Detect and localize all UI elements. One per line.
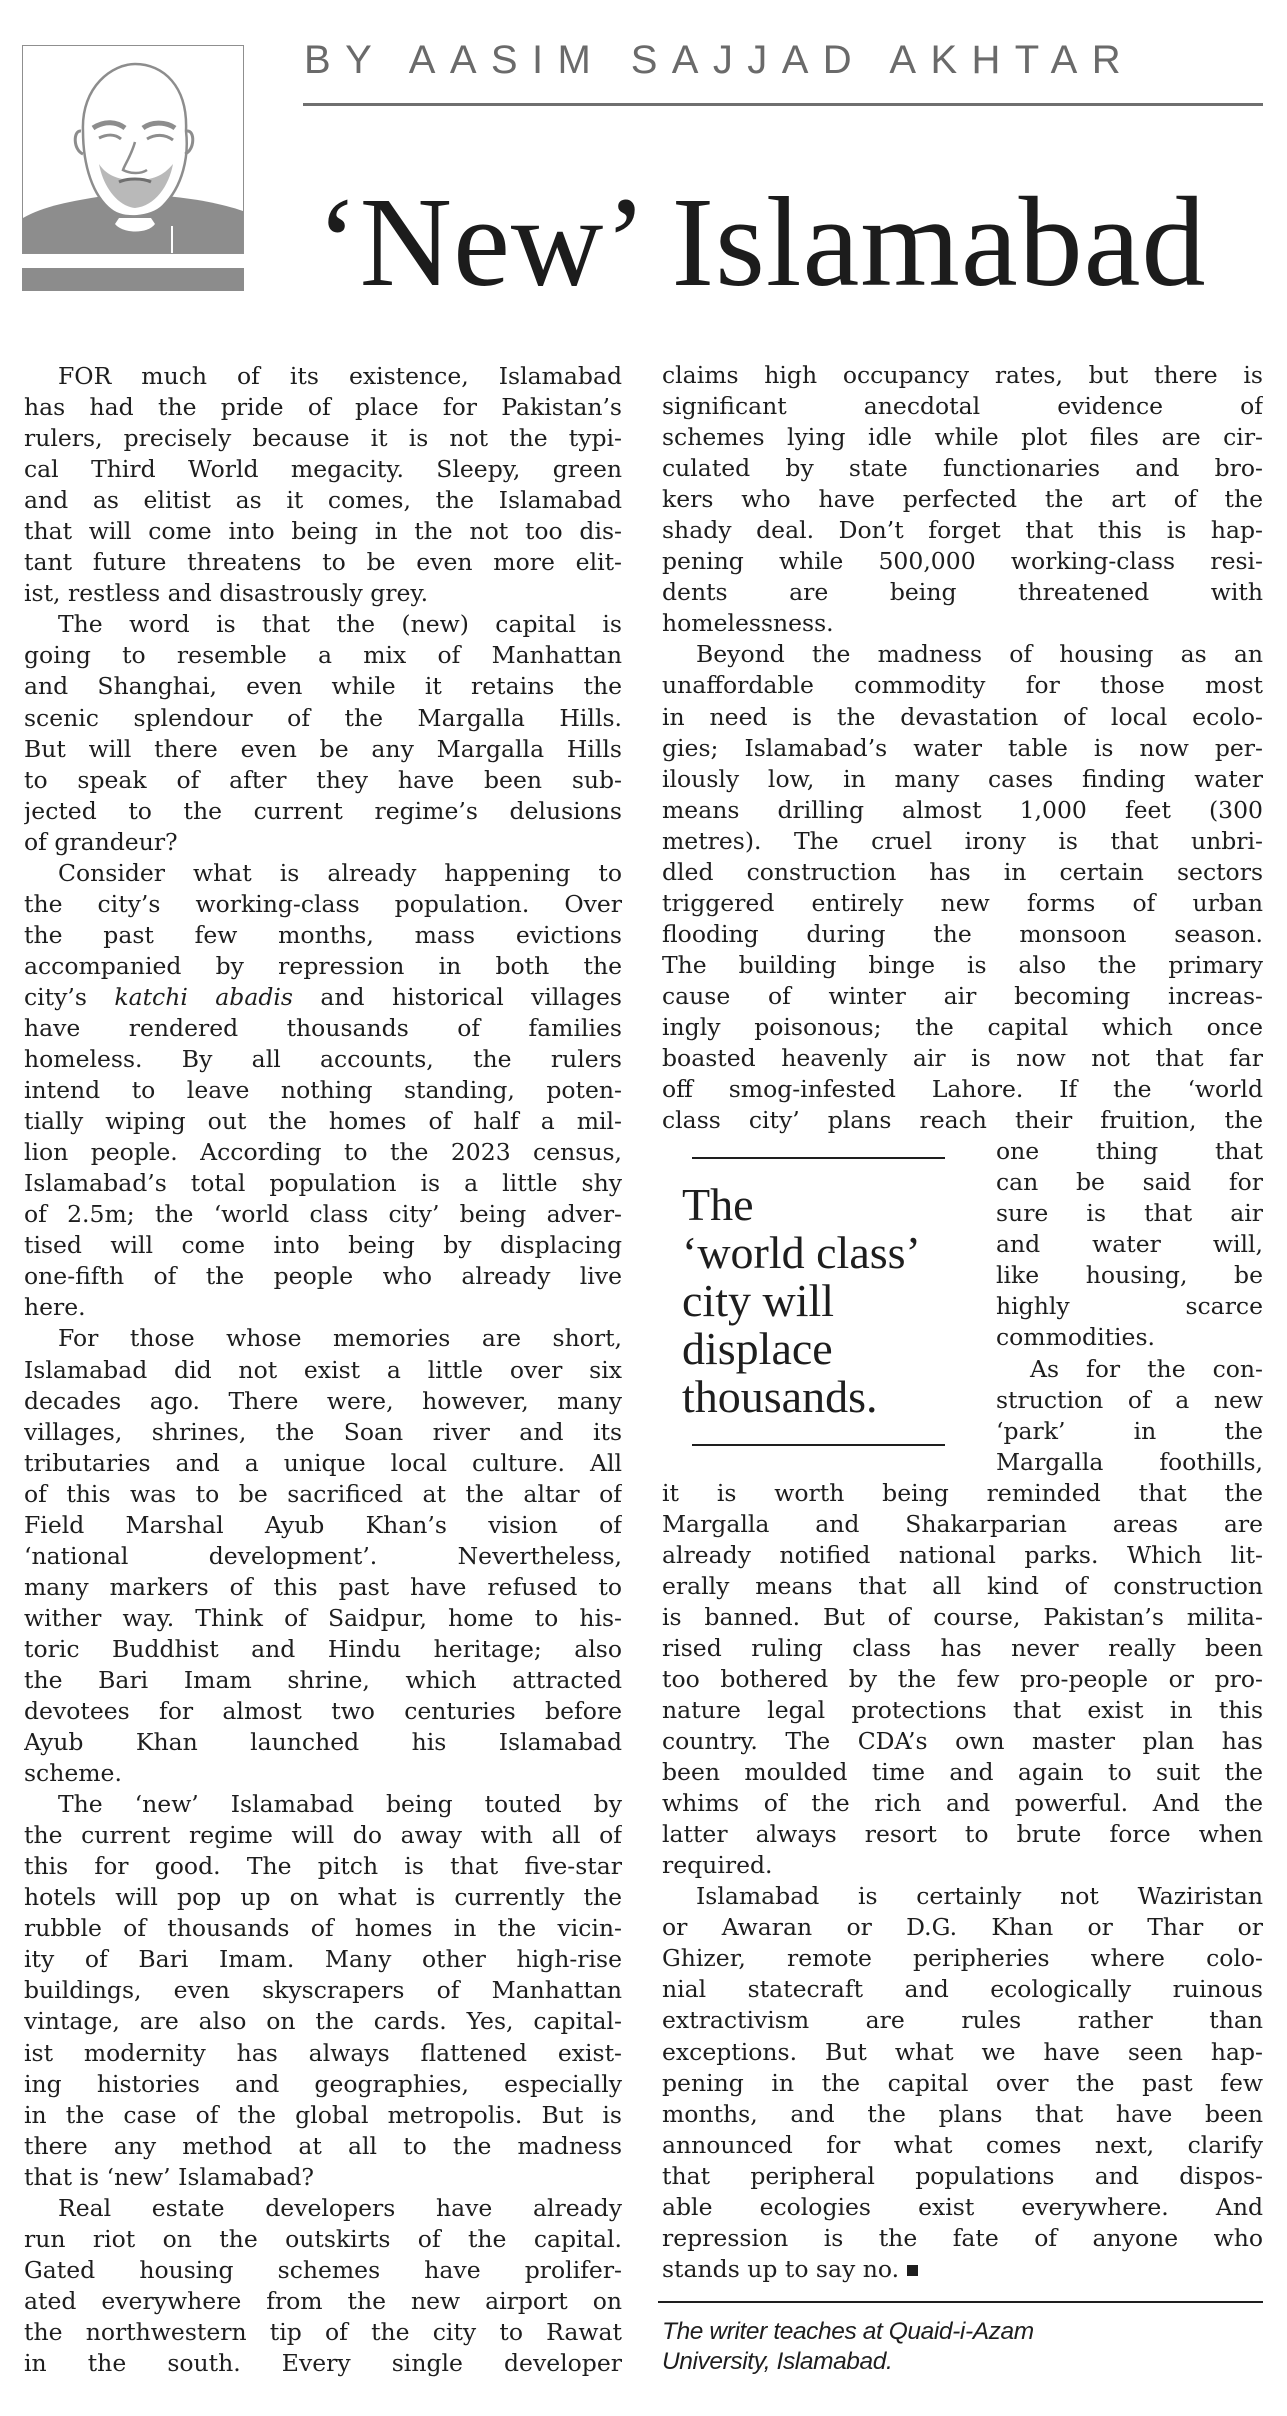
text-line: Islamabad did not exist a little over si… <box>24 1355 622 1386</box>
text-line: and Shanghai, even while it retains the <box>24 671 622 702</box>
text-line: dents are being threatened with <box>662 577 1263 608</box>
text-line: homelessness. <box>662 608 1263 639</box>
text-fragment: stands up to say no. <box>662 2255 899 2283</box>
text-line: schemes lying idle while plot files are … <box>662 422 1263 453</box>
text-line: pening while 500,000 working-class resi- <box>662 546 1263 577</box>
text-line: rubble of thousands of homes in the vici… <box>24 1913 622 1944</box>
text-line: ilously low, in many cases finding water <box>662 764 1263 795</box>
text-line: Real estate developers have already <box>24 2193 622 2224</box>
text-line: latter always resort to brute force when <box>662 1819 1263 1850</box>
text-line: dled construction has in certain sectors <box>662 857 1263 888</box>
text-line: in the case of the global metropolis. Bu… <box>24 2100 622 2131</box>
text-line: For those whose memories are short, <box>24 1323 622 1354</box>
text-line: class city’ plans reach their fruition, … <box>662 1105 1263 1136</box>
text-line: like housing, be <box>996 1260 1263 1291</box>
text-line: Field Marshal Ayub Khan’s vision of <box>24 1510 622 1541</box>
text-line: the city’s working-class population. Ove… <box>24 889 622 920</box>
text-line: nial statecraft and ecologically ruinous <box>662 1974 1263 2005</box>
text-line: claims high occupancy rates, but there i… <box>662 360 1263 391</box>
text-line: tised will come into being by displacing <box>24 1230 622 1261</box>
text-line: of this was to be sacrificed at the alta… <box>24 1479 622 1510</box>
text-line: months, and the plans that have been <box>662 2099 1263 2130</box>
text-line-with-italic: city’s katchi abadis and historical vill… <box>24 982 622 1013</box>
text-line: villages, shrines, the Soan river and it… <box>24 1417 622 1448</box>
byline: BY AASIM SAJJAD AKHTAR <box>304 40 1264 80</box>
text-line: can be said for <box>996 1167 1263 1198</box>
text-line: jected to the current regime’s delusions <box>24 796 622 827</box>
text-line: Gated housing schemes have prolifer- <box>24 2255 622 2286</box>
text-line: unaffordable commodity for those most <box>662 670 1263 701</box>
author-footnote: The writer teaches at Quaid-i-Azam Unive… <box>662 2317 1262 2377</box>
text-line: Islamabad is certainly not Waziristan <box>662 1881 1263 1912</box>
text-line: extractivism are rules rather than <box>662 2005 1263 2036</box>
author-photo <box>22 45 244 254</box>
text-line: this for good. The pitch is that five-st… <box>24 1851 622 1882</box>
text-line: too bothered by the few pro-people or pr… <box>662 1664 1263 1695</box>
text-line: cause of winter air becoming increas- <box>662 981 1263 1012</box>
text-line: cal Third World megacity. Sleepy, green <box>24 454 622 485</box>
text-line: going to resemble a mix of Manhattan <box>24 640 622 671</box>
text-line: ‘park’ in the <box>996 1416 1263 1447</box>
text-line: vintage, are also on the cards. Yes, cap… <box>24 2006 622 2037</box>
text-line: ingly poisonous; the capital which once <box>662 1012 1263 1043</box>
text-line: has had the pride of place for Pakistan’… <box>24 392 622 423</box>
text-line: tially wiping out the homes of half a mi… <box>24 1106 622 1137</box>
text-line: ated everywhere from the new airport on <box>24 2286 622 2317</box>
text-line: pening in the capital over the past few <box>662 2068 1263 2099</box>
text-line: to speak of after they have been sub- <box>24 765 622 796</box>
footnote-line: The writer teaches at Quaid-i-Azam <box>662 2317 1262 2347</box>
text-line: tant future threatens to be even more el… <box>24 547 622 578</box>
text-line: The word is that the (new) capital is <box>24 609 622 640</box>
text-line: ist, restless and disastrously grey. <box>24 578 622 609</box>
left-column: FOR much of its existence, Islamabad has… <box>24 361 622 2379</box>
text-line: one-fifth of the people who already live <box>24 1261 622 1292</box>
text-line: one thing that <box>996 1136 1263 1167</box>
pull-quote: The ‘world class’ city will displace tho… <box>682 1181 962 1421</box>
italic-term: katchi abadis <box>114 983 293 1011</box>
pull-quote-line: displace <box>682 1325 962 1373</box>
text-line: of grandeur? <box>24 827 622 858</box>
text-line: rulers, precisely because it is not the … <box>24 423 622 454</box>
text-line: scheme. <box>24 1758 622 1789</box>
text-line: But will there even be any Margalla Hill… <box>24 734 622 765</box>
photo-caption-bar <box>22 268 244 291</box>
text-line: nature legal protections that exist in t… <box>662 1695 1263 1726</box>
pull-quote-rule-top <box>692 1157 945 1159</box>
text-line: buildings, even skyscrapers of Manhattan <box>24 1975 622 2006</box>
pull-quote-line: ‘world class’ <box>682 1229 962 1277</box>
text-line: run riot on the outskirts of the capital… <box>24 2224 622 2255</box>
text-line: The ‘new’ Islamabad being touted by <box>24 1789 622 1820</box>
text-line: ‘national development’. Nevertheless, <box>24 1541 622 1572</box>
text-line: toric Buddhist and Hindu heritage; also <box>24 1634 622 1665</box>
text-line: or Awaran or D.G. Khan or Thar or <box>662 1912 1263 1943</box>
byline-rule <box>303 103 1263 106</box>
text-line: it is worth being reminded that the <box>662 1478 1263 1509</box>
text-line: able ecologies exist everywhere. And <box>662 2192 1263 2223</box>
text-line: accompanied by repression in both the <box>24 951 622 982</box>
text-line: many markers of this past have refused t… <box>24 1572 622 1603</box>
text-line: country. The CDA’s own master plan has <box>662 1726 1263 1757</box>
text-line: scenic splendour of the Margalla Hills. <box>24 703 622 734</box>
text-line: ing histories and geographies, especiall… <box>24 2069 622 2100</box>
pull-quote-line: city will <box>682 1277 962 1325</box>
text-line: that is ‘new’ Islamabad? <box>24 2162 622 2193</box>
text-line: hotels will pop up on what is currently … <box>24 1882 622 1913</box>
end-mark-icon <box>907 2265 918 2276</box>
text-line: struction of a new <box>996 1385 1263 1416</box>
text-line: highly scarce <box>996 1291 1263 1322</box>
text-line: triggered entirely new forms of urban <box>662 888 1263 919</box>
text-line: boasted heavenly air is now not that far <box>662 1043 1263 1074</box>
text-line: means drilling almost 1,000 feet (300 <box>662 795 1263 826</box>
text-line: shady deal. Don’t forget that this is ha… <box>662 515 1263 546</box>
text-line: been moulded time and again to suit the <box>662 1757 1263 1788</box>
text-line: As for the con- <box>996 1354 1263 1385</box>
text-line: repression is the fate of anyone who <box>662 2223 1263 2254</box>
text-line: erally means that all kind of constructi… <box>662 1571 1263 1602</box>
text-line: gies; Islamabad’s water table is now per… <box>662 733 1263 764</box>
text-line: Consider what is already happening to <box>24 858 622 889</box>
text-line: intend to leave nothing standing, poten- <box>24 1075 622 1106</box>
text-line: devotees for almost two centuries before <box>24 1696 622 1727</box>
text-line: required. <box>662 1850 1263 1881</box>
text-line: decades ago. There were, however, many <box>24 1386 622 1417</box>
text-line: there any method at all to the madness <box>24 2131 622 2162</box>
text-line: lion people. According to the 2023 censu… <box>24 1137 622 1168</box>
text-line: the Bari Imam shrine, which attracted <box>24 1665 622 1696</box>
text-line: significant anecdotal evidence of <box>662 391 1263 422</box>
text-fragment: city’s <box>24 983 114 1011</box>
text-line: kers who have perfected the art of the <box>662 484 1263 515</box>
author-portrait-icon <box>23 46 243 253</box>
text-line: ist modernity has always flattened exist… <box>24 2038 622 2069</box>
text-line: Ayub Khan launched his Islamabad <box>24 1727 622 1758</box>
text-line: tributaries and a unique local culture. … <box>24 1448 622 1479</box>
text-line: announced for what comes next, clarify <box>662 2130 1263 2161</box>
text-line: The building binge is also the primary <box>662 950 1263 981</box>
text-line: whims of the rich and powerful. And the <box>662 1788 1263 1819</box>
text-line: flooding during the monsoon season. <box>662 919 1263 950</box>
headline: ‘New’ Islamabad <box>316 178 1206 318</box>
text-line: wither way. Think of Saidpur, home to hi… <box>24 1603 622 1634</box>
text-line: Margalla and Shakarparian areas are <box>662 1509 1263 1540</box>
text-line: commodities. <box>996 1322 1263 1353</box>
final-line: stands up to say no. <box>662 2254 1263 2285</box>
text-line: FOR much of its existence, Islamabad <box>24 361 622 392</box>
text-line: is banned. But of course, Pakistan’s mil… <box>662 1602 1263 1633</box>
text-line: rised ruling class has never really been <box>662 1633 1263 1664</box>
text-line: the northwestern tip of the city to Rawa… <box>24 2317 622 2348</box>
text-line: culated by state functionaries and bro- <box>662 453 1263 484</box>
text-line: and as elitist as it comes, the Islamaba… <box>24 485 622 516</box>
text-line: Beyond the madness of housing as an <box>662 639 1263 670</box>
text-line: homeless. By all accounts, the rulers <box>24 1044 622 1075</box>
text-line: the past few months, mass evictions <box>24 920 622 951</box>
text-line: sure is that air <box>996 1198 1263 1229</box>
text-line: that peripheral populations and dispos- <box>662 2161 1263 2192</box>
pull-quote-line: The <box>682 1181 962 1229</box>
text-line: and water will, <box>996 1229 1263 1260</box>
text-fragment: and historical villages <box>293 983 622 1011</box>
text-line: Margalla foothills, <box>996 1447 1263 1478</box>
text-line: off smog-infested Lahore. If the ‘world <box>662 1074 1263 1105</box>
text-line: ity of Bari Imam. Many other high-rise <box>24 1944 622 1975</box>
text-line: of 2.5m; the ‘world class city’ being ad… <box>24 1199 622 1230</box>
text-line: the current regime will do away with all… <box>24 1820 622 1851</box>
text-line: exceptions. But what we have seen hap- <box>662 2037 1263 2068</box>
text-line: Islamabad’s total population is a little… <box>24 1168 622 1199</box>
pull-quote-rule-bottom <box>692 1444 945 1446</box>
text-line: that will come into being in the not too… <box>24 516 622 547</box>
text-line: metres). The cruel irony is that unbri- <box>662 826 1263 857</box>
pull-quote-line: thousands. <box>682 1373 962 1421</box>
text-line: already notified national parks. Which l… <box>662 1540 1263 1571</box>
footnote-rule <box>658 2301 1263 2303</box>
text-line: Ghizer, remote peripheries where colo- <box>662 1943 1263 1974</box>
text-line: here. <box>24 1292 622 1323</box>
text-line: have rendered thousands of families <box>24 1013 622 1044</box>
text-line: in need is the devastation of local ecol… <box>662 702 1263 733</box>
text-line: in the south. Every single developer <box>24 2348 622 2379</box>
footnote-line: University, Islamabad. <box>662 2347 1262 2377</box>
